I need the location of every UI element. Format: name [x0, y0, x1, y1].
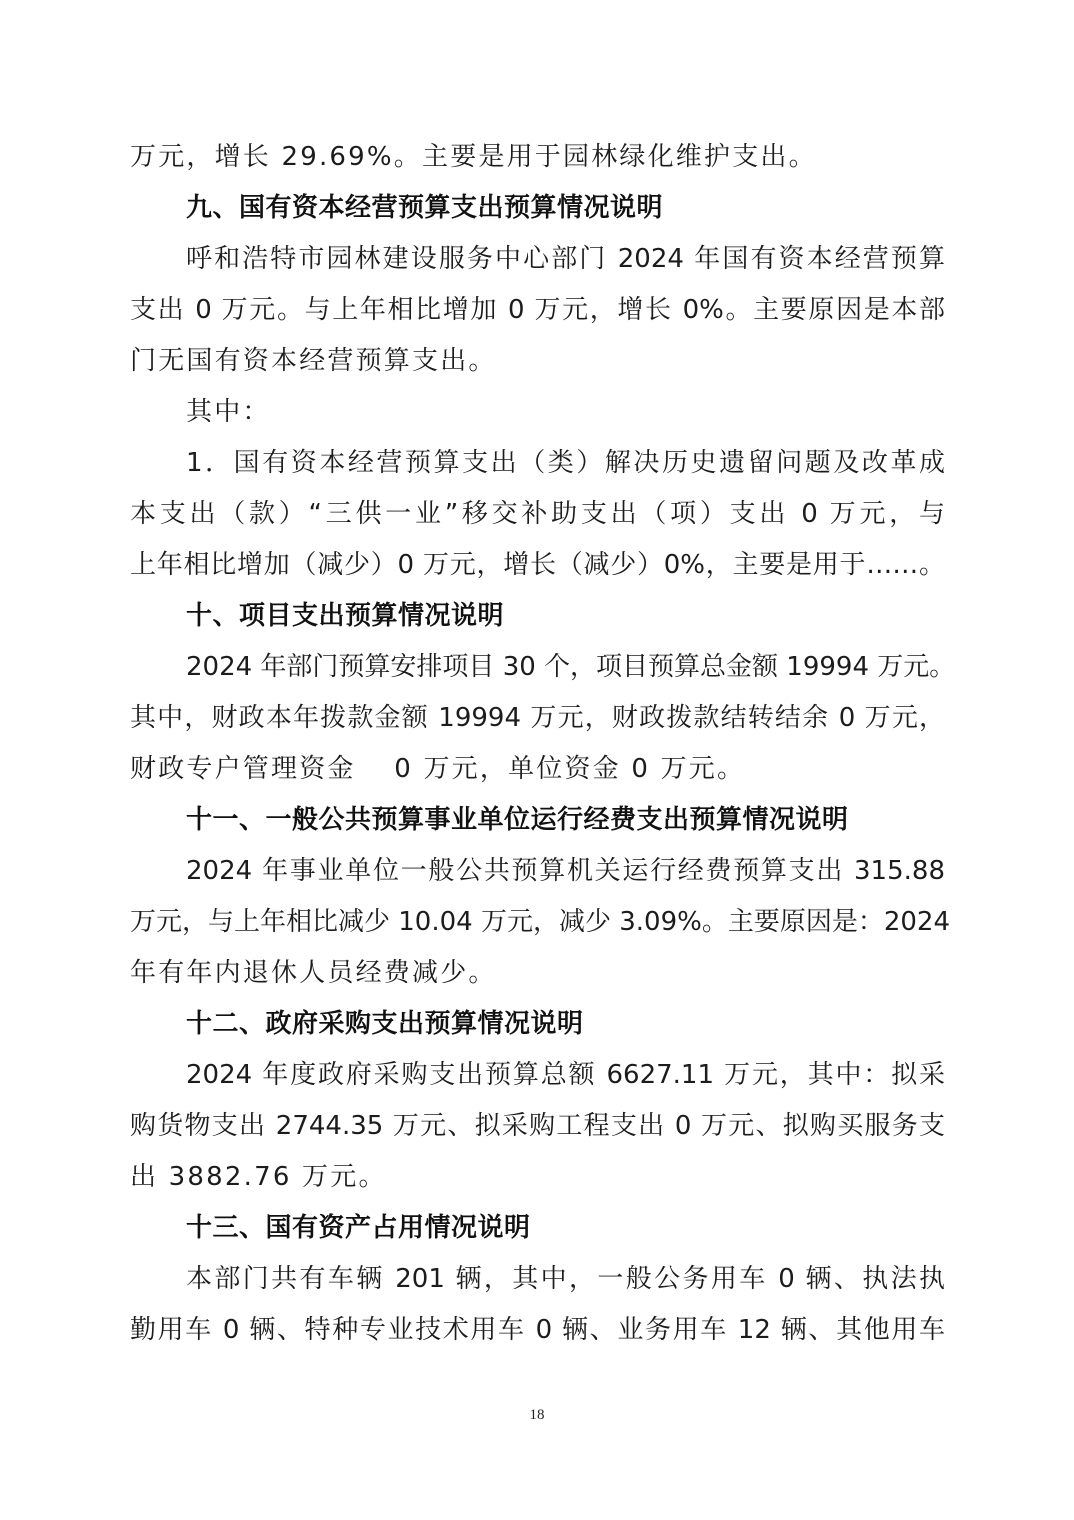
- paragraph-line: 万元，增长 29.69%。主要是用于园林绿化维护支出。: [130, 132, 945, 183]
- paragraph-line: 门无国有资本经营预算支出。: [130, 336, 945, 387]
- section-heading: 十三、国有资产占用情况说明: [130, 1203, 945, 1254]
- paragraph-line: 其中，财政本年拨款金额 19994 万元，财政拨款结转结余 0 万元，: [130, 693, 945, 744]
- paragraph-line: 其中：: [130, 387, 945, 438]
- paragraph-line: 2024 年事业单位一般公共预算机关运行经费预算支出 315.88: [130, 846, 945, 897]
- paragraph-line: 呼和浩特市园林建设服务中心部门 2024 年国有资本经营预算: [130, 234, 945, 285]
- paragraph-line: 年有年内退休人员经费减少。: [130, 948, 945, 999]
- paragraph-line: 支出 0 万元。与上年相比增加 0 万元，增长 0%。主要原因是本部: [130, 285, 945, 336]
- section-heading: 十二、政府采购支出预算情况说明: [130, 999, 945, 1050]
- paragraph-line: 本部门共有车辆 201 辆，其中，一般公务用车 0 辆、执法执: [130, 1254, 945, 1305]
- paragraph-line: 购货物支出 2744.35 万元、拟采购工程支出 0 万元、拟购买服务支: [130, 1101, 945, 1152]
- paragraph-line: 1．国有资本经营预算支出（类）解决历史遗留问题及改革成: [130, 438, 945, 489]
- page-number: 18: [0, 1407, 1074, 1424]
- paragraph-line: 2024 年度政府采购支出预算总额 6627.11 万元，其中：拟采: [130, 1050, 945, 1101]
- section-heading: 十一、一般公共预算事业单位运行经费支出预算情况说明: [130, 795, 945, 846]
- section-heading: 十、项目支出预算情况说明: [130, 591, 945, 642]
- document-body: 万元，增长 29.69%。主要是用于园林绿化维护支出。九、国有资本经营预算支出预…: [130, 132, 945, 1356]
- paragraph-line: 上年相比增加（减少）0 万元，增长（减少）0%，主要是用于……。: [130, 540, 945, 591]
- document-page: 万元，增长 29.69%。主要是用于园林绿化维护支出。九、国有资本经营预算支出预…: [130, 132, 945, 1356]
- section-heading: 九、国有资本经营预算支出预算情况说明: [130, 183, 945, 234]
- paragraph-line: 出 3882.76 万元。: [130, 1152, 945, 1203]
- paragraph-line: 万元，与上年相比减少 10.04 万元，减少 3.09%。主要原因是：2024: [130, 897, 945, 948]
- paragraph-line: 本支出（款）“三供一业”移交补助支出（项）支出 0 万元，与: [130, 489, 945, 540]
- paragraph-line: 勤用车 0 辆、特种专业技术用车 0 辆、业务用车 12 辆、其他用车: [130, 1305, 945, 1356]
- paragraph-line: 财政专户管理资金 0 万元，单位资金 0 万元。: [130, 744, 945, 795]
- paragraph-line: 2024 年部门预算安排项目 30 个，项目预算总金额 19994 万元。: [130, 642, 945, 693]
